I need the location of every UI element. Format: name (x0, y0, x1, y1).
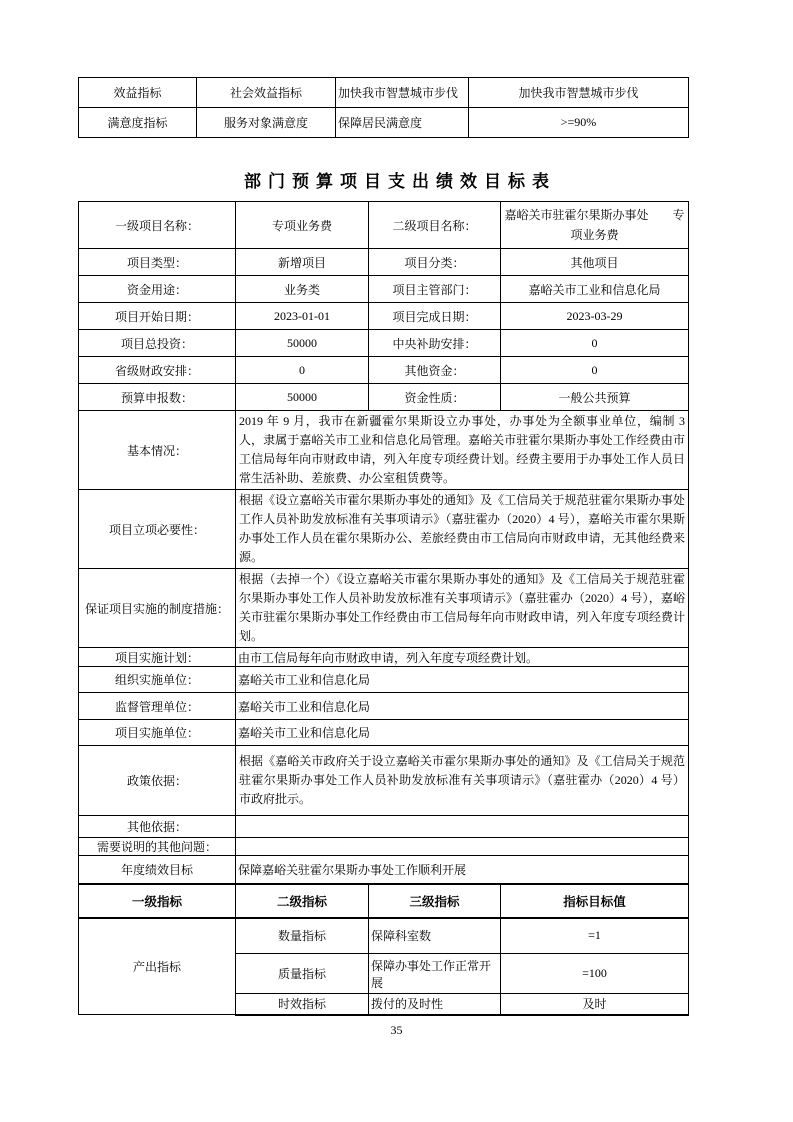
field-label: 项目主管部门： (369, 276, 501, 303)
field-label: 二级项目名称： (369, 202, 501, 249)
table-row: 项目实施单位： 嘉峪关市工业和信息化局 (79, 720, 689, 746)
field-value: 0 (501, 330, 689, 357)
indicator-target-cell: =100 (501, 954, 689, 994)
field-value: 0 (236, 357, 369, 384)
table-row: 一级项目名称： 专项业务费 二级项目名称： 嘉峪关市驻霍尔果斯办事处 专 项业务… (79, 202, 689, 249)
field-label: 政策依据： (79, 746, 236, 816)
indicator-target-cell: =1 (501, 918, 689, 954)
table-row: 项目总投资： 50000 中央补助安排： 0 (79, 330, 689, 357)
column-header: 一级指标 (79, 884, 236, 918)
field-label: 项目类型： (79, 249, 236, 276)
table-row: 项目类型： 新增项目 项目分类： 其他项目 (79, 249, 689, 276)
field-label: 其他资金： (369, 357, 501, 384)
table-row: 组织实施单位： 嘉峪关市工业和信息化局 (79, 667, 689, 693)
level2-indicator-cell: 时效指标 (236, 994, 369, 1015)
field-label: 基本情况： (79, 411, 236, 490)
field-label: 资金性质： (369, 384, 501, 411)
field-value: 0 (501, 357, 689, 384)
table-row: 项目开始日期： 2023-01-01 项目完成日期： 2023-03-29 (79, 303, 689, 330)
indicator-header-row: 一级指标 二级指标 三级指标 指标目标值 (79, 884, 689, 918)
table-row: 满意度指标 服务对象满意度 保障居民满意度 >=90% (79, 108, 689, 138)
field-label: 中央补助安排： (369, 330, 501, 357)
field-label: 项目实施单位： (79, 720, 236, 746)
field-label: 监督管理单位： (79, 693, 236, 720)
level1-indicator-cell: 效益指标 (79, 78, 197, 108)
field-value: 根据《设立嘉峪关市霍尔果斯办事处的通知》及《工信局关于规范驻霍尔果斯办事处工作人… (236, 490, 689, 569)
level2-indicator-cell: 社会效益指标 (197, 78, 336, 108)
field-value: 专项业务费 (236, 202, 369, 249)
field-value: 其他项目 (501, 249, 689, 276)
field-value: 嘉峪关市工业和信息化局 (236, 693, 689, 720)
field-value: 由市工信局每年向市财政申请，列入年度专项经费计划。 (236, 648, 689, 667)
field-label: 项目实施计划： (79, 648, 236, 667)
indicator-target-cell: 加快我市智慧城市步伐 (469, 78, 689, 108)
table-row: 监督管理单位： 嘉峪关市工业和信息化局 (79, 693, 689, 720)
field-value: 嘉峪关市工业和信息化局 (236, 667, 689, 693)
field-label: 项目总投资： (79, 330, 236, 357)
field-value: 保障嘉峪关驻霍尔果斯办事处工作顺利开展 (236, 856, 689, 884)
field-value: 根据（去掉一个）《设立嘉峪关市霍尔果斯办事处的通知》及《工信局关于规范驻霍尔果斯… (236, 569, 689, 648)
table-row: 效益指标 社会效益指标 加快我市智慧城市步伐 加快我市智慧城市步伐 (79, 78, 689, 108)
table-row: 产出指标 数量指标 保障科室数 =1 (79, 918, 689, 954)
field-value: 2023-01-01 (236, 303, 369, 330)
level3-indicator-cell: 保障居民满意度 (336, 108, 469, 138)
level1-indicator-cell: 满意度指标 (79, 108, 197, 138)
table-row: 省级财政安排： 0 其他资金： 0 (79, 357, 689, 384)
field-value: 嘉峪关市工业和信息化局 (236, 720, 689, 746)
level3-indicator-cell: 保障办事处工作正常开展 (369, 954, 501, 994)
table-row: 政策依据： 根据《嘉峪关市政府关于设立嘉峪关市霍尔果斯办事处的通知》及《工信局关… (79, 746, 689, 816)
field-label: 资金用途： (79, 276, 236, 303)
field-label: 年度绩效目标 (79, 856, 236, 884)
field-value (236, 838, 689, 856)
carryover-indicator-table: 效益指标 社会效益指标 加快我市智慧城市步伐 加快我市智慧城市步伐 满意度指标 … (78, 77, 689, 138)
column-header: 指标目标值 (501, 884, 689, 918)
table-row: 需要说明的其他问题： (79, 838, 689, 856)
level3-indicator-cell: 加快我市智慧城市步伐 (336, 78, 469, 108)
field-value: 业务类 (236, 276, 369, 303)
field-value: 2023-03-29 (501, 303, 689, 330)
table-row: 其他依据： (79, 816, 689, 838)
field-label: 保证项目实施的制度措施： (79, 569, 236, 648)
table-row: 年度绩效目标 保障嘉峪关驻霍尔果斯办事处工作顺利开展 (79, 856, 689, 884)
field-value: 嘉峪关市驻霍尔果斯办事处 专 项业务费 (501, 202, 689, 249)
level2-indicator-cell: 服务对象满意度 (197, 108, 336, 138)
field-value: 嘉峪关市工业和信息化局 (501, 276, 689, 303)
table-row: 保证项目实施的制度措施： 根据（去掉一个）《设立嘉峪关市霍尔果斯办事处的通知》及… (79, 569, 689, 648)
table-row: 预算申报数： 50000 资金性质： 一般公共预算 (79, 384, 689, 411)
field-value: 根据《嘉峪关市政府关于设立嘉峪关市霍尔果斯办事处的通知》及《工信局关于规范驻霍尔… (236, 746, 689, 816)
field-value: 2019 年 9 月，我市在新疆霍尔果斯设立办事处，办事处为全额事业单位，编制 … (236, 411, 689, 490)
field-label: 其他依据： (79, 816, 236, 838)
level2-indicator-cell: 质量指标 (236, 954, 369, 994)
level3-indicator-cell: 保障科室数 (369, 918, 501, 954)
level3-indicator-cell: 拨付的及时性 (369, 994, 501, 1015)
field-label: 需要说明的其他问题： (79, 838, 236, 856)
field-value: 50000 (236, 330, 369, 357)
column-header: 二级指标 (236, 884, 369, 918)
indicator-target-cell: >=90% (469, 108, 689, 138)
field-label: 项目完成日期： (369, 303, 501, 330)
field-label: 预算申报数： (79, 384, 236, 411)
column-header: 三级指标 (369, 884, 501, 918)
table-row: 资金用途： 业务类 项目主管部门： 嘉峪关市工业和信息化局 (79, 276, 689, 303)
table-row: 项目立项必要性： 根据《设立嘉峪关市霍尔果斯办事处的通知》及《工信局关于规范驻霍… (79, 490, 689, 569)
indicator-target-cell: 及时 (501, 994, 689, 1015)
table-row: 项目实施计划： 由市工信局每年向市财政申请，列入年度专项经费计划。 (79, 648, 689, 667)
field-value: 一般公共预算 (501, 384, 689, 411)
field-label: 一级项目名称： (79, 202, 236, 249)
level2-indicator-cell: 数量指标 (236, 918, 369, 954)
field-value (236, 816, 689, 838)
field-label: 项目立项必要性： (79, 490, 236, 569)
field-label: 项目开始日期： (79, 303, 236, 330)
page-title: 部门预算项目支出绩效目标表 (0, 167, 793, 192)
field-label: 项目分类： (369, 249, 501, 276)
field-label: 组织实施单位： (79, 667, 236, 693)
table-row: 基本情况： 2019 年 9 月，我市在新疆霍尔果斯设立办事处，办事处为全额事业… (79, 411, 689, 490)
indicator-group-cell: 产出指标 (79, 918, 236, 1015)
performance-target-table: 一级项目名称： 专项业务费 二级项目名称： 嘉峪关市驻霍尔果斯办事处 专 项业务… (78, 201, 689, 1016)
field-value: 新增项目 (236, 249, 369, 276)
page-number: 35 (0, 1023, 793, 1038)
field-value: 50000 (236, 384, 369, 411)
field-label: 省级财政安排： (79, 357, 236, 384)
